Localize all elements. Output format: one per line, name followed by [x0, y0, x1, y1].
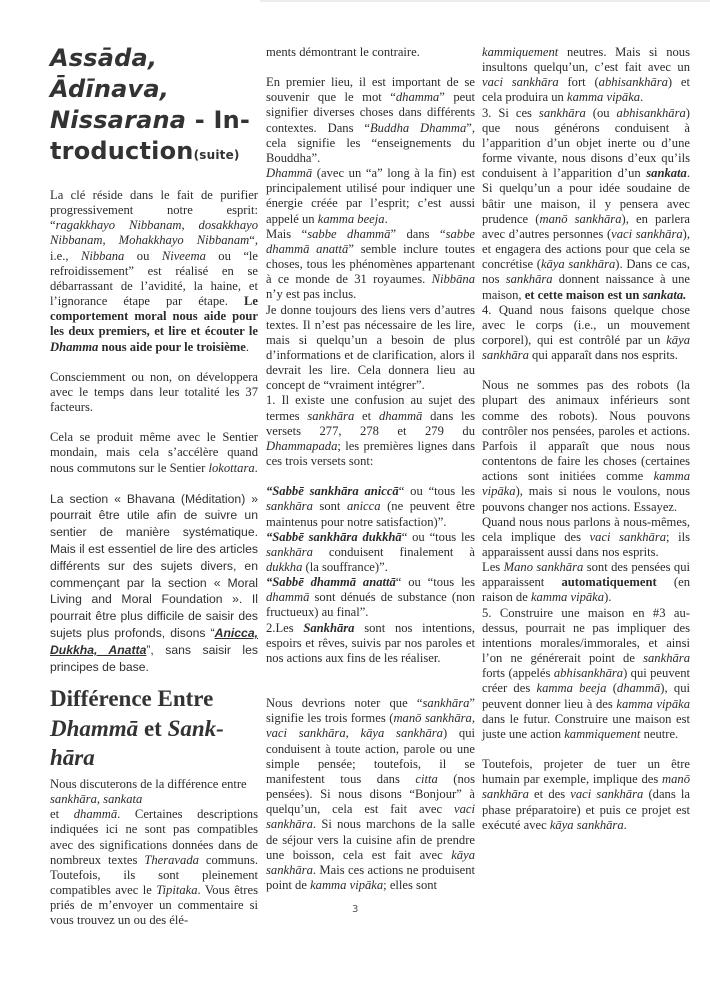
column-right: kammiquement neutres. Mais si nous insul… [482, 45, 690, 833]
text: nous aide pour le troisième [98, 340, 246, 354]
text: ( [606, 681, 616, 695]
term: sabbe dhammā [307, 227, 390, 241]
term: Nibbana [81, 249, 124, 263]
term: vaci sankhāra [611, 227, 683, 241]
verse-1: “Sabbē sankhāra aniccā“ ou “tous les san… [266, 484, 475, 529]
text: forts (appelés [482, 666, 554, 680]
term: Niveema [162, 249, 206, 263]
text: ou [124, 249, 161, 263]
title-pali-terms: Assāda, Ādīnava, Nissarana [50, 44, 186, 134]
text: . [640, 90, 643, 104]
text: Différence Entre [50, 686, 213, 711]
paragraph-continuation: ments démontrant le contraire. [266, 45, 475, 60]
column-left: Assāda, Ādīnava, Nissarana - In-troducti… [50, 0, 258, 928]
verse-quote: “Sabbē sankhāra aniccā [266, 484, 399, 498]
term: vaci sankhāra [482, 75, 559, 89]
term: sankhāra [307, 409, 354, 423]
term: kammiquement [482, 45, 558, 59]
paragraph-sabbe-dhamma: Mais “sabbe dhammā” dans “sabbe dhammā a… [266, 227, 475, 303]
term: sankhāra [423, 696, 470, 710]
term: lokottara [208, 461, 254, 475]
term: citta [415, 772, 437, 786]
text: Mais “ [266, 227, 307, 241]
column-middle: ments démontrant le contraire. En premie… [266, 45, 475, 893]
term: sankhāra [539, 106, 586, 120]
text: . [624, 818, 627, 832]
term: sankhāra [506, 272, 553, 286]
term: dukkha [266, 560, 302, 574]
term: Dhammā [266, 166, 312, 180]
verse-2: “Sabbē sankhāra dukkhā“ ou “tous les san… [266, 530, 475, 575]
term: kamma beeja [318, 212, 385, 226]
paragraph-robots: Nous ne sommes pas des robots (la plupar… [482, 378, 690, 514]
text: Les [482, 560, 504, 574]
text: et [354, 409, 379, 423]
text: “ ou “tous les [396, 575, 475, 589]
text: n’y est pas inclus. [266, 287, 356, 301]
paragraph-lokottara: Cela se produit même avec le Sentier mon… [50, 430, 258, 475]
title-suffix: (suite) [194, 148, 240, 162]
paragraph-point-2: 2.Les Sankhāra sont nos intentions, espo… [266, 621, 475, 666]
term: Nibbāna [432, 272, 475, 286]
term: Mano sankhāra [504, 560, 584, 574]
text: et des [529, 787, 570, 801]
text: qui apparaît dans nos esprits. [529, 348, 678, 362]
bold-term: automatiquement [562, 575, 657, 589]
verse-3: “Sabbē dhammā anattā“ ou “tous les dhamm… [266, 575, 475, 620]
text: La section « Bhavana (Méditation) » pour… [50, 492, 258, 640]
term: sankata [646, 166, 687, 180]
text: et [138, 716, 167, 741]
text: . [255, 461, 258, 475]
term: Dhammapada [266, 439, 337, 453]
paragraph-mano: Les Mano sankhāra sont des pensées qui a… [482, 560, 690, 605]
article-title: Assāda, Ādīnava, Nissarana - In-troducti… [50, 43, 258, 171]
term: kamma vipāka [616, 697, 690, 711]
term: kamma beeja [537, 681, 607, 695]
term: abhisankhāra [617, 106, 686, 120]
term: dhammā [74, 807, 117, 821]
term: Buddha Dhamma [370, 121, 466, 135]
term: vaci sankhāra [570, 787, 643, 801]
term: Dhamma [50, 340, 98, 354]
text: (la souffrance)”. [302, 560, 387, 574]
term: Dhammā [50, 716, 138, 741]
text: ). [604, 590, 611, 604]
term: Sankhāra [303, 621, 354, 635]
paragraph-bhavana: La section « Bhavana (Méditation) » pour… [50, 491, 258, 676]
term: vaci sankhāra [590, 530, 666, 544]
term: sankata. [643, 288, 687, 302]
paragraph-point-1: 1. Il existe une confusion au sujet des … [266, 393, 475, 469]
paragraph-37-factors: Consciemment ou non, on développera avec… [50, 370, 258, 415]
verse-quote: “Sabbē dhammā anattā [266, 575, 396, 589]
term: dhammā [379, 409, 422, 423]
text: et cette maison est un [525, 288, 643, 302]
paragraph-dhamma-meaning: En premier lieu, il est important de se … [266, 75, 475, 166]
paragraph-dhamma-long-a: Dhammā (avec un “a” long à la fin) est p… [266, 166, 475, 227]
paragraph-difference-intro: Nous discuterons de la différence entre … [50, 777, 258, 929]
term: Tipitaka [156, 883, 197, 897]
text: fort ( [559, 75, 599, 89]
term: sankhāra [643, 651, 690, 665]
term: manō sankhāra [540, 212, 622, 226]
term: dhammā [617, 681, 660, 695]
text: Nous devrions noter que “ [266, 696, 423, 710]
term: sankhāra [266, 499, 313, 513]
verse-quote: “Sabbē sankhāra dukkhā [266, 530, 402, 544]
paragraph-three-forms: Nous devrions noter que “sankhāra” signi… [266, 696, 475, 893]
text: “ ou “tous les [402, 530, 475, 544]
term: anicca [347, 499, 381, 513]
term: kāya sankhāra [550, 818, 624, 832]
text: (ou [586, 106, 617, 120]
text: ; elles sont [383, 878, 437, 892]
text: “ ou “tous les [399, 484, 475, 498]
term: kammiquement [564, 727, 640, 741]
text: Nous discuterons de la différence entre [50, 777, 247, 791]
text: conduisent finalement à [313, 545, 475, 559]
paragraph-vaci: Quand nous nous parlons à nous-mêmes, ce… [482, 515, 690, 560]
text: neutre. [640, 727, 678, 741]
text: . [246, 340, 249, 354]
term: kāya sankhāra [541, 257, 615, 271]
term: sankhāra [266, 545, 313, 559]
paragraph-purification: La clé réside dans le fait de purifier p… [50, 188, 258, 355]
term: sankhāra, sankata [50, 792, 142, 806]
text: et [50, 807, 74, 821]
paragraph-point-3: 3. Si ces sankhāra (ou abhisankhāra) que… [482, 106, 690, 303]
text: 3. Si ces [482, 106, 539, 120]
term: dhammā [266, 590, 309, 604]
text: 2.Les [266, 621, 303, 635]
pali-quote: ragakkhayo Nibbanam, dosakkhayo Nibbanam… [50, 218, 258, 247]
term: dhamma [396, 90, 439, 104]
term: abhisankhāra [554, 666, 623, 680]
page-number: 3 [352, 904, 358, 915]
text: Nous ne sommes pas des robots (la plupar… [482, 378, 690, 483]
term: kamma vipāka [567, 90, 640, 104]
text: ” dans “ [390, 227, 445, 241]
text: 4. Quand nous faisons quelque chose avec… [482, 303, 690, 347]
term: kamma vipāka [310, 878, 383, 892]
text: Toutefois, projeter de tuer un être huma… [482, 757, 690, 786]
text: sont [313, 499, 347, 513]
text: . [385, 212, 388, 226]
section-heading-difference: Différence Entre Dhammā et Sank-hāra [50, 684, 258, 773]
paragraph-neutral-actions: kammiquement neutres. Mais si nous insul… [482, 45, 690, 106]
term: kamma vipāka [531, 590, 604, 604]
term: abhisankhāra [599, 75, 668, 89]
paragraph-point-4: 4. Quand nous faisons quelque chose avec… [482, 303, 690, 364]
paragraph-links: Je donne toujours des liens vers d’autre… [266, 303, 475, 394]
paragraph-killing-example: Toutefois, projeter de tuer un être huma… [482, 757, 690, 833]
term: Theravada [144, 853, 199, 867]
paragraph-point-5: 5. Construire une maison en #3 au-dessus… [482, 606, 690, 742]
scan-edge-line [260, 0, 710, 2]
